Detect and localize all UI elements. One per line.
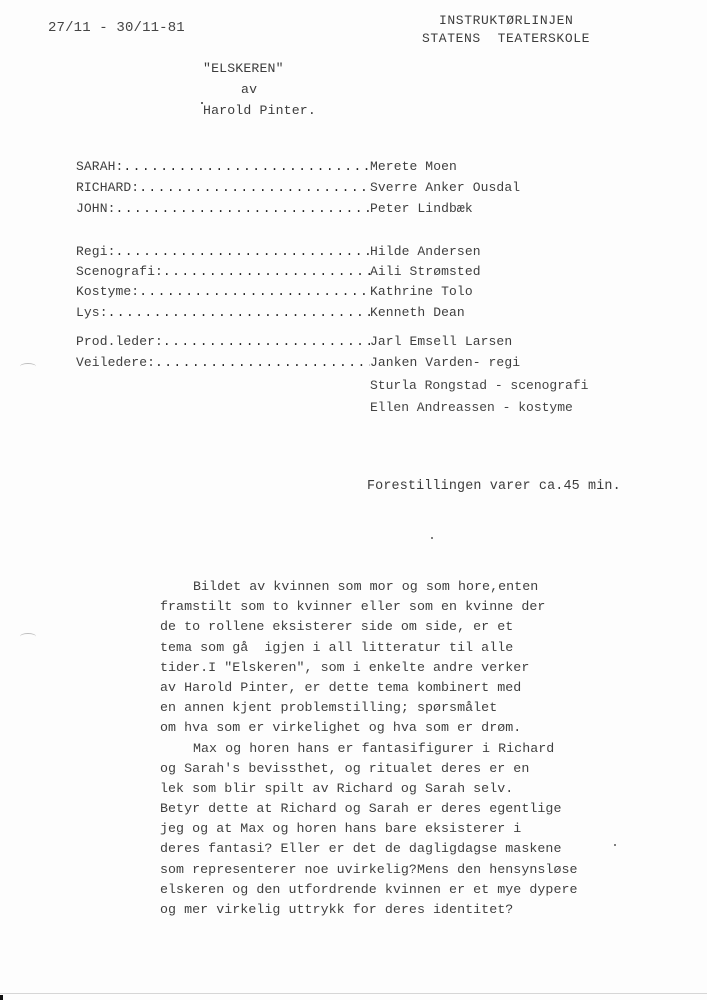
ink-speck bbox=[614, 844, 616, 846]
ink-speck bbox=[431, 537, 433, 539]
role-label: Prod.leder: bbox=[76, 334, 163, 350]
crew-name: Janken Varden- regi bbox=[370, 355, 520, 371]
dot-leader: ........................................… bbox=[116, 244, 370, 260]
essay-line: jeg og at Max og horen hans bare eksiste… bbox=[160, 819, 630, 839]
dot-leader: ........................................… bbox=[163, 264, 370, 280]
essay-line: de to rollene eksisterer side om side, e… bbox=[160, 617, 630, 637]
crew-name: Jarl Emsell Larsen bbox=[370, 334, 512, 350]
dot-leader: ........................................… bbox=[163, 334, 370, 350]
date-range: 27/11 - 30/11-81 bbox=[48, 21, 185, 35]
essay-line: Max og horen hans er fantasifigurer i Ri… bbox=[160, 739, 630, 759]
performer-name: Sverre Anker Ousdal bbox=[370, 180, 520, 196]
role-label: SARAH: bbox=[76, 159, 123, 175]
dot-leader: ........................................… bbox=[123, 159, 370, 175]
role-label: Veiledere: bbox=[76, 355, 155, 371]
essay-paragraph-2: Max og horen hans er fantasifigurer i Ri… bbox=[160, 739, 630, 921]
prod-row-leader: Prod.leder:.............................… bbox=[76, 334, 512, 350]
crew-name: Hilde Andersen bbox=[370, 244, 481, 260]
play-title: "ELSKEREN" bbox=[203, 62, 284, 75]
essay-line: lek som blir spilt av Richard og Sarah s… bbox=[160, 779, 630, 799]
crew-name: Kathrine Tolo bbox=[370, 284, 473, 300]
dot-leader: ........................................… bbox=[139, 284, 370, 300]
role-label: Regi: bbox=[76, 244, 116, 260]
essay-line: av Harold Pinter, er dette tema kombiner… bbox=[160, 678, 630, 698]
advisor-line: Sturla Rongstad - scenografi bbox=[370, 378, 588, 393]
essay-body: Bildet av kvinnen som mor og som hore,en… bbox=[160, 577, 630, 920]
cast-row-richard: RICHARD:................................… bbox=[76, 180, 520, 196]
essay-line: framstilt som to kvinner eller som en kv… bbox=[160, 597, 630, 617]
dot-leader: ........................................… bbox=[139, 180, 370, 196]
cast-row-john: JOHN:...................................… bbox=[76, 201, 473, 217]
essay-line: deres fantasi? Eller er det de dagligdag… bbox=[160, 839, 630, 859]
essay-line: og mer virkelig uttrykk for deres identi… bbox=[160, 900, 630, 920]
duration-note: Forestillingen varer ca.45 min. bbox=[367, 480, 621, 493]
document-page: 27/11 - 30/11-81 INSTRUKTØRLINJEN STATEN… bbox=[0, 0, 707, 1000]
institution-line-2: STATENS TEATERSKOLE bbox=[422, 32, 590, 45]
crew-name: Kenneth Dean bbox=[370, 305, 465, 321]
role-label: Lys: bbox=[76, 305, 108, 321]
prod-row-advisors: Veiledere:..............................… bbox=[76, 355, 520, 371]
dot-leader: ........................................… bbox=[108, 305, 370, 321]
essay-paragraph-1: Bildet av kvinnen som mor og som hore,en… bbox=[160, 577, 630, 739]
dot-leader: ........................................… bbox=[116, 201, 370, 217]
essay-line: Bildet av kvinnen som mor og som hore,en… bbox=[160, 577, 630, 597]
performer-name: Peter Lindbæk bbox=[370, 201, 473, 217]
role-label: Scenografi: bbox=[76, 264, 163, 280]
crew-row-regi: Regi:...................................… bbox=[76, 244, 481, 260]
title-by: av bbox=[241, 83, 257, 96]
performer-name: Merete Moen bbox=[370, 159, 457, 175]
crew-name: Aili Strømsted bbox=[370, 264, 481, 280]
crew-row-kostyme: Kostyme:................................… bbox=[76, 284, 473, 300]
crew-row-scenografi: Scenografi:.............................… bbox=[76, 264, 481, 280]
essay-line: elskeren og den utfordrende kvinnen er e… bbox=[160, 880, 630, 900]
advisor-line: Ellen Andreassen - kostyme bbox=[370, 400, 573, 415]
role-label: RICHARD: bbox=[76, 180, 139, 196]
essay-line: om hva som er virkelighet og hva som er … bbox=[160, 718, 630, 738]
author-name: Harold Pinter. bbox=[203, 104, 316, 117]
essay-line: som representerer noe uvirkelig?Mens den… bbox=[160, 860, 630, 880]
essay-line: Betyr dette at Richard og Sarah er deres… bbox=[160, 799, 630, 819]
crew-row-lys: Lys:....................................… bbox=[76, 305, 465, 321]
essay-line: tema som gå igjen i all litteratur til a… bbox=[160, 638, 630, 658]
margin-mark bbox=[20, 363, 36, 370]
institution-line-1: INSTRUKTØRLINJEN bbox=[439, 14, 573, 27]
margin-mark bbox=[20, 633, 36, 640]
role-label: JOHN: bbox=[76, 201, 116, 217]
dot-leader: ........................................… bbox=[155, 355, 370, 371]
essay-line: tider.I "Elskeren", som i enkelte andre … bbox=[160, 658, 630, 678]
essay-line: og Sarah's bevissthet, og ritualet deres… bbox=[160, 759, 630, 779]
cast-row-sarah: SARAH:..................................… bbox=[76, 159, 457, 175]
role-label: Kostyme: bbox=[76, 284, 139, 300]
scan-corner-mark bbox=[0, 995, 3, 1000]
page-bottom-edge bbox=[0, 993, 707, 994]
essay-line: en annen kjent problemstilling; spørsmål… bbox=[160, 698, 630, 718]
